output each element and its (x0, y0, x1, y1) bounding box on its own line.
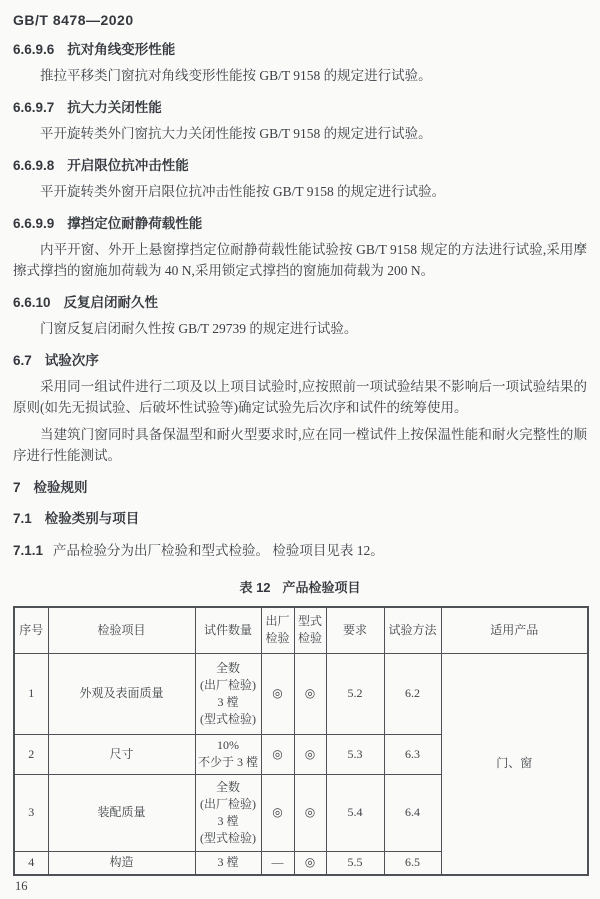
col-header-applicable-products: 适用产品 (441, 607, 588, 653)
table-cell-item: 构造 (48, 851, 195, 875)
clause-inline-text: 产品检验分为出厂检验和型式检验。 检验项目见表 12。 (53, 543, 384, 558)
col-header-test-method: 试验方法 (384, 607, 441, 653)
standard-number-header: GB/T 8478—2020 (13, 12, 587, 28)
clause-number: 7.1 (13, 511, 32, 526)
clause-number: 6.6.9.6 (13, 42, 54, 57)
inspection-items-table: 序号 检验项目 试件数量 出厂 检验 型式 检验 要求 试验方法 适用产品 1 … (13, 606, 589, 876)
table-cell-factory-mark: ◎ (261, 734, 294, 774)
col-header-requirement: 要求 (326, 607, 384, 653)
clause-title: 试验次序 (45, 353, 99, 368)
table-cell-factory-mark: ◎ (261, 653, 294, 734)
clause-title: 开启限位抗冲击性能 (67, 158, 189, 173)
clause-heading-67: 6.7试验次序 (13, 351, 587, 370)
col-header-item: 检验项目 (48, 607, 195, 653)
table-header-row: 序号 检验项目 试件数量 出厂 检验 型式 检验 要求 试验方法 适用产品 (14, 607, 588, 653)
table-cell-qty: 全数 (出厂检验) 3 樘 (型式检验) (195, 653, 261, 734)
clause-heading-7: 7检验规则 (13, 478, 587, 497)
table-cell-factory-mark: ◎ (261, 774, 294, 851)
table-cell-type-mark: ◎ (294, 774, 326, 851)
clause-title: 抗对角线变形性能 (67, 42, 175, 57)
clause-paragraph: 采用同一组试件进行二项及以上项目试验时,应按照前一项试验结果不影响后一项试验结果… (13, 376, 587, 418)
table-cell-type-mark: ◎ (294, 653, 326, 734)
clause-paragraph: 内平开窗、外开上悬窗撑挡定位耐静荷载性能试验按 GB/T 9158 规定的方法进… (13, 239, 587, 281)
table-cell-requirement: 5.4 (326, 774, 384, 851)
table-cell-qty: 10% 不少于 3 樘 (195, 734, 261, 774)
clause-paragraph: 门窗反复启闭耐久性按 GB/T 29739 的规定进行试验。 (13, 318, 587, 339)
clause-711: 7.1.1产品检验分为出厂检验和型式检验。 检验项目见表 12。 (13, 540, 587, 561)
clause-heading-6610: 6.6.10反复启闭耐久性 (13, 293, 587, 312)
table-caption: 表 12产品检验项目 (13, 577, 587, 596)
table-cell-method: 6.2 (384, 653, 441, 734)
clause-number: 6.6.9.7 (13, 100, 54, 115)
clause-number: 6.6.10 (13, 295, 51, 310)
clause-title: 检验类别与项目 (45, 511, 140, 526)
table-cell-method: 6.3 (384, 734, 441, 774)
clause-heading-71: 7.1检验类别与项目 (13, 509, 587, 528)
col-header-seq: 序号 (14, 607, 48, 653)
clause-paragraph: 推拉平移类门窗抗对角线变形性能按 GB/T 9158 的规定进行试验。 (13, 65, 587, 86)
col-header-qty: 试件数量 (195, 607, 261, 653)
table-cell-seq: 1 (14, 653, 48, 734)
table-cell-type-mark: ◎ (294, 734, 326, 774)
clause-paragraph: 当建筑门窗同时具备保温型和耐火型要求时,应在同一樘试件上按保温性能和耐火完整性的… (13, 424, 587, 466)
clause-number: 6.6.9.9 (13, 216, 54, 231)
table-caption-title: 产品检验项目 (283, 580, 361, 595)
page-number: 16 (15, 879, 28, 894)
document-page: GB/T 8478—2020 6.6.9.6抗对角线变形性能 推拉平移类门窗抗对… (0, 0, 600, 899)
clause-heading-6698: 6.6.9.8开启限位抗冲击性能 (13, 156, 587, 175)
clause-heading-6697: 6.6.9.7抗大力关闭性能 (13, 98, 587, 117)
table-cell-item: 外观及表面质量 (48, 653, 195, 734)
table-cell-item: 尺寸 (48, 734, 195, 774)
clause-number: 6.7 (13, 353, 32, 368)
clause-paragraph: 平开旋转类外门窗抗大力关闭性能按 GB/T 9158 的规定进行试验。 (13, 123, 587, 144)
table-cell-qty: 3 樘 (195, 851, 261, 875)
clause-title: 撑挡定位耐静荷载性能 (67, 216, 202, 231)
table-cell-requirement: 5.3 (326, 734, 384, 774)
clause-title: 反复启闭耐久性 (64, 295, 159, 310)
clause-number: 6.6.9.8 (13, 158, 54, 173)
table-cell-type-mark: ◎ (294, 851, 326, 875)
table-cell-item: 装配质量 (48, 774, 195, 851)
table-cell-seq: 3 (14, 774, 48, 851)
clause-paragraph: 平开旋转类外窗开启限位抗冲击性能按 GB/T 9158 的规定进行试验。 (13, 181, 587, 202)
col-header-type-inspection: 型式 检验 (294, 607, 326, 653)
clause-number: 7.1.1 (13, 543, 43, 558)
clause-title: 检验规则 (34, 480, 88, 495)
table-caption-label: 表 12 (239, 580, 270, 595)
table-cell-requirement: 5.2 (326, 653, 384, 734)
table-cell-seq: 2 (14, 734, 48, 774)
table-cell-seq: 4 (14, 851, 48, 875)
table-cell-factory-mark: — (261, 851, 294, 875)
clause-title: 抗大力关闭性能 (67, 100, 162, 115)
col-header-factory-inspection: 出厂 检验 (261, 607, 294, 653)
clause-number: 7 (13, 480, 21, 495)
table-cell-method: 6.5 (384, 851, 441, 875)
table-cell-method: 6.4 (384, 774, 441, 851)
clause-heading-6696: 6.6.9.6抗对角线变形性能 (13, 40, 587, 59)
table-cell-applicable-products: 门、窗 (441, 653, 588, 875)
table-cell-qty: 全数 (出厂检验) 3 樘 (型式检验) (195, 774, 261, 851)
table-row: 1 外观及表面质量 全数 (出厂检验) 3 樘 (型式检验) ◎ ◎ 5.2 6… (14, 653, 588, 734)
table-cell-requirement: 5.5 (326, 851, 384, 875)
clause-heading-6699: 6.6.9.9撑挡定位耐静荷载性能 (13, 214, 587, 233)
